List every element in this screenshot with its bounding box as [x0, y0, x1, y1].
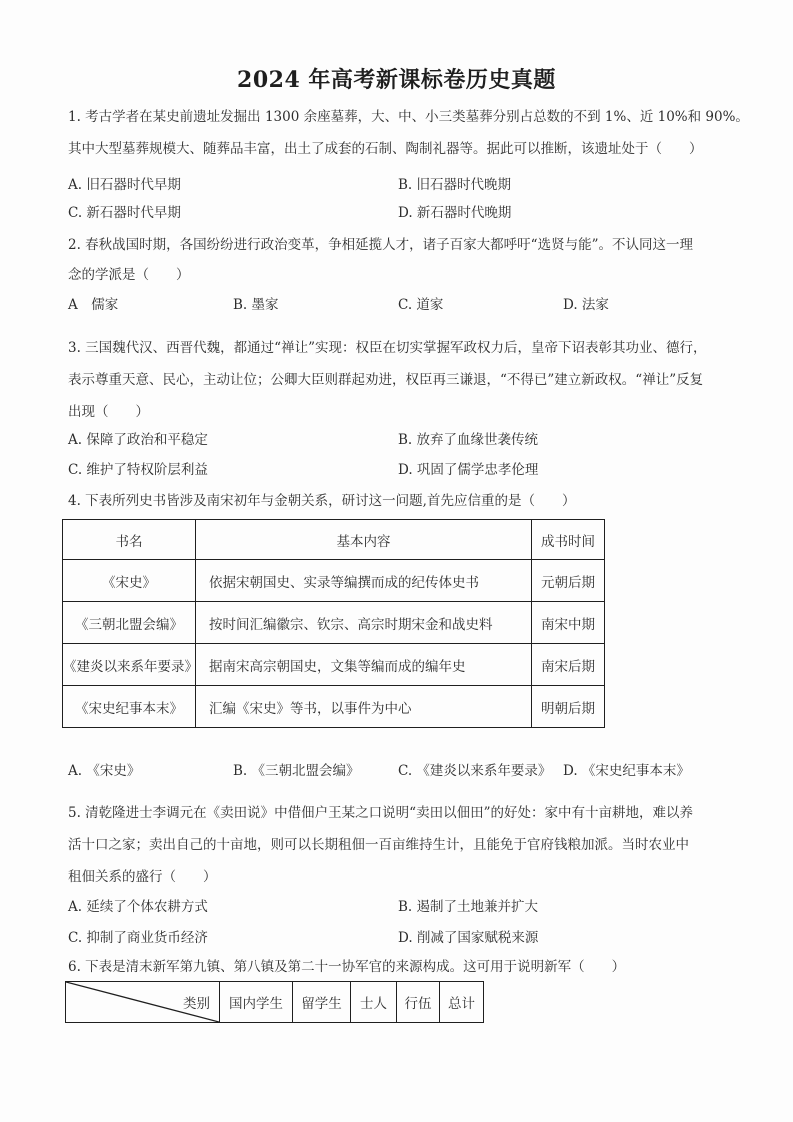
table-cell-content: 按时间汇编徽宗、钦宗、高宗时期宋金和战史料 — [196, 602, 532, 644]
table-cell-content: 据南宋高宗朝国史，文集等编而成的编年史 — [196, 644, 532, 686]
question-3-option-d: D. 巩固了儒学忠孝伦理 — [398, 455, 538, 485]
question-4-options: A. 《宋史》B. 《三朝北盟会编》C. 《建炎以来系年要录》D. 《宋史纪事本… — [68, 756, 758, 786]
question-3-line-2: 表示尊重天意、民心，主动让位；公卿大臣则群起劝进，权臣再三谦退，“不得已”建立新… — [68, 364, 758, 396]
question-4-stem: 4. 下表所列史书皆涉及南宋初年与金朝关系，研讨这一问题,首先应信重的是（ ） — [68, 485, 758, 517]
history-books-table: 书名 基本内容 成书时间 《宋史》 依据宋朝国史、实录等编撰而成的纪传体史书 元… — [62, 519, 605, 728]
table-header-row: 书名 基本内容 成书时间 — [63, 520, 605, 560]
table-cell-book: 《建炎以来系年要录》 — [63, 644, 196, 686]
option-row: C. 抑制了商业货币经济D. 削减了国家赋税来源 — [68, 923, 758, 954]
table-header-row: 类别 国内学生 留学生 士人 行伍 总计 — [66, 982, 484, 1023]
table-header-total: 总计 — [440, 982, 484, 1023]
question-6-stem: 6. 下表是清末新军第九镇、第八镇及第二十一协军官的来源构成。这可用于说明新军（… — [68, 951, 758, 983]
new-army-officer-table: 类别 国内学生 留学生 士人 行伍 总计 — [65, 981, 484, 1023]
question-3-stem: 3. 三国魏代汉、西晋代魏，都通过“禅让”实现：权臣在切实掌握军政权力后，皇帝下… — [68, 332, 758, 428]
question-5-stem: 5. 清乾隆进士李调元在《卖田说》中借佃户王某之口说明“卖田以佃田”的好处：家中… — [68, 797, 758, 893]
question-5-line-3: 租佃关系的盛行（ ） — [68, 861, 758, 893]
question-1-option-b: B. 旧石器时代晚期 — [398, 171, 511, 199]
question-1-option-a: A. 旧石器时代早期 — [68, 171, 398, 199]
diagonal-corner-cell: 类别 — [66, 982, 220, 1023]
question-3-option-a: A. 保障了政治和平稳定 — [68, 425, 398, 455]
question-2-option-b: B. 墨家 — [233, 291, 398, 319]
question-5-line-1: 5. 清乾隆进士李调元在《卖田说》中借佃户王某之口说明“卖田以佃田”的好处：家中… — [68, 797, 758, 829]
question-4-line-1: 4. 下表所列史书皆涉及南宋初年与金朝关系，研讨这一问题,首先应信重的是（ ） — [68, 485, 758, 517]
option-row: C. 维护了特权阶层利益D. 巩固了儒学忠孝伦理 — [68, 455, 758, 485]
table-header-overseas-students: 留学生 — [293, 982, 351, 1023]
question-4-option-d: D. 《宋史纪事本末》 — [563, 756, 690, 786]
table-header-rank-and-file: 行伍 — [397, 982, 440, 1023]
table-cell-book: 《宋史》 — [63, 560, 196, 602]
table-cell-time: 元朝后期 — [532, 560, 605, 602]
option-row: A. 延续了个体农耕方式B. 遏制了土地兼并扩大 — [68, 892, 758, 923]
question-2-line-2: 念的学派是（ ） — [68, 260, 758, 290]
option-row: C. 新石器时代早期D. 新石器时代晚期 — [68, 199, 758, 227]
table-header-domestic-students: 国内学生 — [220, 982, 293, 1023]
table-cell-time: 南宋中期 — [532, 602, 605, 644]
table-header-time: 成书时间 — [532, 520, 605, 560]
question-5-options: A. 延续了个体农耕方式B. 遏制了土地兼并扩大 C. 抑制了商业货币经济D. … — [68, 892, 758, 954]
question-1-line-2: 其中大型墓葬规模大、随葬品丰富，出土了成套的石制、陶制礼器等。据此可以推断，该遗… — [68, 133, 758, 165]
table-row: 《三朝北盟会编》 按时间汇编徽宗、钦宗、高宗时期宋金和战史料 南宋中期 — [63, 602, 605, 644]
question-1-option-d: D. 新石器时代晚期 — [398, 199, 511, 227]
table-header-scholars: 士人 — [351, 982, 397, 1023]
question-1-options: A. 旧石器时代早期B. 旧石器时代晚期 C. 新石器时代早期D. 新石器时代晚… — [68, 171, 758, 227]
option-row: A. 旧石器时代早期B. 旧石器时代晚期 — [68, 171, 758, 199]
question-5-option-d: D. 削减了国家赋税来源 — [398, 923, 538, 954]
question-1-line-1: 1. 考古学者在某史前遗址发掘出 1300 余座墓葬，大、中、小三类墓葬分别占总… — [68, 101, 758, 133]
question-5-option-a: A. 延续了个体农耕方式 — [68, 892, 398, 923]
table-header-book: 书名 — [63, 520, 196, 560]
table-row: 《宋史》 依据宋朝国史、实录等编撰而成的纪传体史书 元朝后期 — [63, 560, 605, 602]
table-cell-book: 《宋史纪事本末》 — [63, 686, 196, 728]
question-4-option-b: B. 《三朝北盟会编》 — [233, 756, 398, 786]
question-2-option-a: A 儒家 — [68, 291, 233, 319]
question-3-option-c: C. 维护了特权阶层利益 — [68, 455, 398, 485]
table-cell-time: 南宋后期 — [532, 644, 605, 686]
corner-label: 类别 — [183, 992, 210, 1012]
option-row: A. 保障了政治和平稳定B. 放弃了血缘世袭传统 — [68, 425, 758, 455]
question-1-stem: 1. 考古学者在某史前遗址发掘出 1300 余座墓葬，大、中、小三类墓葬分别占总… — [68, 101, 758, 165]
table-cell-content: 依据宋朝国史、实录等编撰而成的纪传体史书 — [196, 560, 532, 602]
exam-document-page: 2024 年高考新课标卷历史真题 1. 考古学者在某史前遗址发掘出 1300 余… — [0, 0, 793, 1122]
table-row: 《建炎以来系年要录》 据南宋高宗朝国史，文集等编而成的编年史 南宋后期 — [63, 644, 605, 686]
question-5-line-2: 活十口之家；卖出自己的十亩地，则可以长期租佃一百亩维持生计，且能免于官府钱粮加派… — [68, 829, 758, 861]
question-2-stem: 2. 春秋战国时期，各国纷纷进行政治变革，争相延揽人才，诸子百家大都呼吁“选贤与… — [68, 230, 758, 290]
table-cell-time: 明朝后期 — [532, 686, 605, 728]
question-3-options: A. 保障了政治和平稳定B. 放弃了血缘世袭传统 C. 维护了特权阶层利益D. … — [68, 425, 758, 485]
question-2-options: A 儒家B. 墨家C. 道家D. 法家 — [68, 291, 758, 319]
page-title: 2024 年高考新课标卷历史真题 — [0, 66, 793, 94]
question-2-option-c: C. 道家 — [398, 291, 563, 319]
table-row: 《宋史纪事本末》 汇编《宋史》等书，以事件为中心 明朝后期 — [63, 686, 605, 728]
question-2-line-1: 2. 春秋战国时期，各国纷纷进行政治变革，争相延揽人才，诸子百家大都呼吁“选贤与… — [68, 230, 758, 260]
question-5-option-c: C. 抑制了商业货币经济 — [68, 923, 398, 954]
question-6-line-1: 6. 下表是清末新军第九镇、第八镇及第二十一协军官的来源构成。这可用于说明新军（… — [68, 951, 758, 983]
question-4-option-a: A. 《宋史》 — [68, 756, 233, 786]
question-3-line-1: 3. 三国魏代汉、西晋代魏，都通过“禅让”实现：权臣在切实掌握军政权力后，皇帝下… — [68, 332, 758, 364]
question-4-option-c: C. 《建炎以来系年要录》 — [398, 756, 563, 786]
option-row: A. 《宋史》B. 《三朝北盟会编》C. 《建炎以来系年要录》D. 《宋史纪事本… — [68, 756, 758, 786]
table-cell-book: 《三朝北盟会编》 — [63, 602, 196, 644]
question-3-line-3: 出现（ ） — [68, 396, 758, 428]
question-2-option-d: D. 法家 — [563, 291, 609, 319]
table-cell-content: 汇编《宋史》等书，以事件为中心 — [196, 686, 532, 728]
question-5-option-b: B. 遏制了土地兼并扩大 — [398, 892, 538, 923]
table-header-content: 基本内容 — [196, 520, 532, 560]
question-1-option-c: C. 新石器时代早期 — [68, 199, 398, 227]
option-row: A 儒家B. 墨家C. 道家D. 法家 — [68, 291, 758, 319]
question-3-option-b: B. 放弃了血缘世袭传统 — [398, 425, 538, 455]
